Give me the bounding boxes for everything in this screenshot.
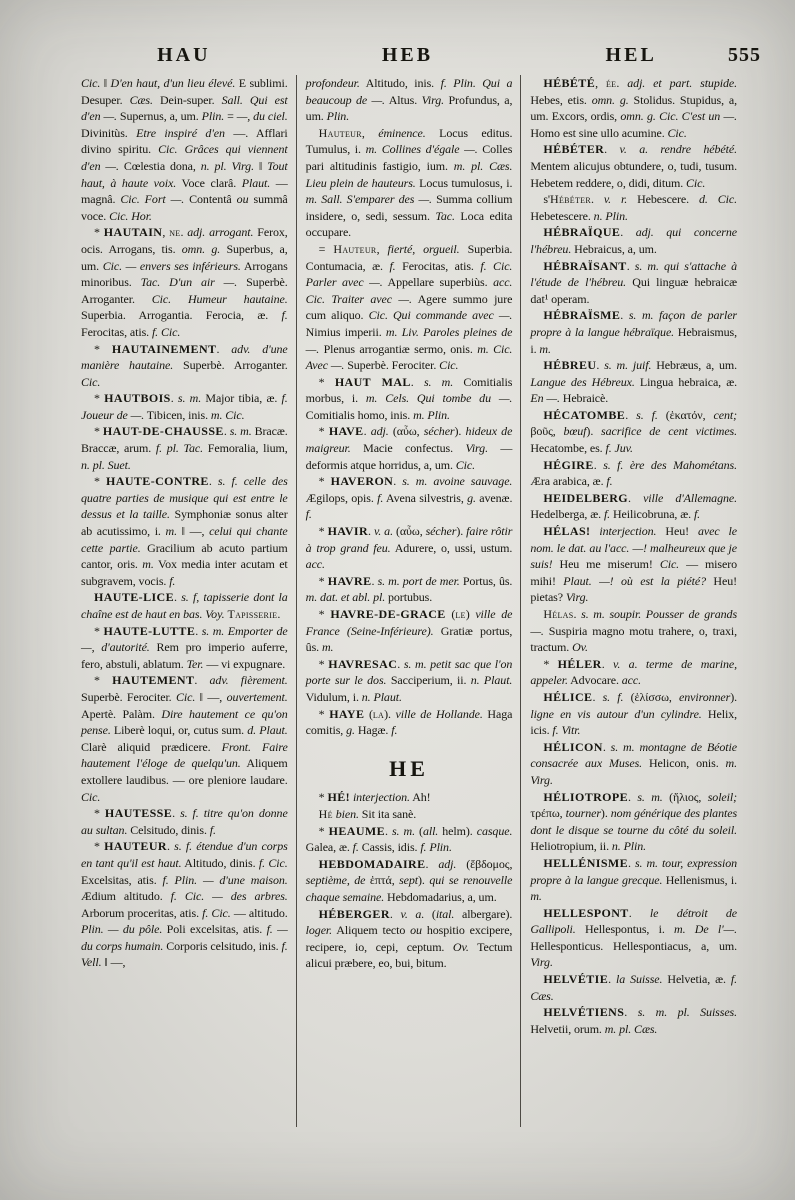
entry-text: . xyxy=(364,424,371,438)
entry-text: n. Plaut. xyxy=(471,673,513,687)
entry-text: * xyxy=(94,474,106,488)
entry-text: Altitudo, inis. xyxy=(360,76,441,90)
entry-text: Virg. xyxy=(530,955,553,969)
entry-text: Plin. xyxy=(327,109,350,123)
entry-text: g. xyxy=(467,491,476,505)
dictionary-entry: HÉLIOTROPE. s. m. (ἥλιος, soleil; τρέπω,… xyxy=(530,789,737,855)
running-head-right: HEL 555 xyxy=(519,44,743,67)
dictionary-entry: HÉBÉTER. v. a. rendre hébété. Mentem ali… xyxy=(530,141,737,191)
dictionary-entry: * HAVE. adj. (αὖω, sécher). hideux de ma… xyxy=(306,423,513,473)
headword: HAVRE xyxy=(328,574,372,588)
headword: HÉBREU xyxy=(543,358,596,372)
section-heading: HE xyxy=(306,761,513,778)
entry-text: m. xyxy=(539,342,550,356)
headword: HAUTE-CONTRE xyxy=(106,474,209,488)
entry-text: Ædium altitudo. xyxy=(81,889,171,903)
headword: HEBDOMADAIRE xyxy=(319,857,426,871)
entry-text: ( xyxy=(424,907,436,921)
dictionary-entry: * HAVRESAC. s. m. petit sac que l'on por… xyxy=(306,656,513,706)
entry-text: f. Cic. xyxy=(202,906,231,920)
headword: HÉ! xyxy=(327,790,350,804)
entry-text: (ἑκατόν, xyxy=(658,408,714,422)
entry-text: . xyxy=(209,474,218,488)
headword: HAVE xyxy=(329,424,364,438)
entry-text: Hebraicus, a, um. xyxy=(571,242,657,256)
entry-text: ). xyxy=(730,690,737,704)
entry-text: cent; xyxy=(714,408,737,422)
entry-text: — vi expugnare. xyxy=(203,657,285,671)
entry-text: Heu! xyxy=(656,524,698,538)
entry-text: adj. et part. stupide. xyxy=(627,76,737,90)
entry-text: Hebescere. xyxy=(627,192,699,206)
entry-text: . xyxy=(594,458,603,472)
entry-text: . xyxy=(603,740,611,754)
entry-text: Lingua hebraica, æ. xyxy=(635,375,737,389)
entry-text: Superbè. Ferociter. xyxy=(81,690,176,704)
headword: HELVÉTIENS xyxy=(543,1005,624,1019)
entry-text: Cic. xyxy=(660,557,679,571)
entry-text: ). xyxy=(384,707,395,721)
headword: HEIDELBERG xyxy=(543,491,628,505)
entry-text: m. pl. Cæs. xyxy=(605,1022,658,1036)
dictionary-entry: * HAUTAINEMENT. adv. d'une manière hauta… xyxy=(81,341,288,391)
headword: HAUT MAL xyxy=(335,375,411,389)
entry-text: v. r. xyxy=(604,192,627,206)
entry-text: fierté, orgueil. xyxy=(388,242,460,256)
entry-text: Ah! xyxy=(410,790,431,804)
entry-text: Superbè. Ferociter. xyxy=(344,358,439,372)
entry-text: la xyxy=(373,707,384,721)
entry-text: Cic. xyxy=(176,690,195,704)
dictionary-entry: * HAYE (la). ville de Hollande. Haga com… xyxy=(306,706,513,739)
entry-text: ‖ —, xyxy=(195,690,226,704)
headword: HÉLER xyxy=(558,657,602,671)
entry-text: Hébéter xyxy=(550,192,591,206)
entry-text: Hellenismus, i. xyxy=(662,873,737,887)
entry-text: (ἑλίσσω, xyxy=(623,690,679,704)
entry-text: Hedelberga, æ. xyxy=(530,507,604,521)
entry-text: * xyxy=(94,424,103,438)
headword: HAUTAINEMENT xyxy=(112,342,217,356)
entry-text: Femoralia, lium, xyxy=(203,441,288,455)
dictionary-entry: HÉCATOMBE. s. f. (ἑκατόν, cent; βοῦς, bœ… xyxy=(530,407,737,457)
entry-text: v. a. xyxy=(374,524,393,538)
headword: HÉLICON xyxy=(543,740,602,754)
entry-text: omn. g. xyxy=(182,242,220,256)
entry-text: * xyxy=(319,574,328,588)
entry-text: Comitialis homo, inis. xyxy=(306,408,413,422)
entry-text: f. xyxy=(169,574,175,588)
dictionary-entry: HAUTE-LICE. s. f, tapisserie dont la cha… xyxy=(81,589,288,622)
headword: HAYE xyxy=(329,707,364,721)
entry-text: Hebræus, a, um. xyxy=(651,358,737,372)
entry-text: Hé xyxy=(319,807,333,821)
entry-text: sept xyxy=(399,873,418,887)
entry-text: Hagæ. xyxy=(355,723,391,737)
dictionary-entry: * HÉLER. v. a. terme de marine, appeler.… xyxy=(530,656,737,689)
entry-text: adj. xyxy=(438,857,456,871)
entry-text: . xyxy=(620,225,635,239)
entry-text: Plaut. xyxy=(242,176,270,190)
entry-text: ‖ —, xyxy=(177,524,209,538)
entry-text: Hecatombe, es. xyxy=(530,441,605,455)
entry-text: s' xyxy=(543,192,550,206)
text-columns: Cic. ‖ D'en haut, d'un lieu élevé. E sub… xyxy=(0,73,795,1127)
entry-text: Ov. xyxy=(572,640,588,654)
dictionary-entry: HÉBRAÏQUE. adj. qui concerne l'hébreu. H… xyxy=(530,224,737,257)
entry-text: Plin. xyxy=(202,109,225,123)
entry-text: s. m. xyxy=(178,391,201,405)
entry-text: Cic. — envers ses inférieurs. xyxy=(103,259,241,273)
dictionary-entry: HELVÉTIENS. s. m. pl. Suisses. Helvetii,… xyxy=(530,1004,737,1037)
entry-text: Heilicobruna, æ. xyxy=(610,507,694,521)
dictionary-entry: HEBDOMADAIRE. adj. (ἕβδομος, septième, d… xyxy=(306,856,513,906)
entry-text: τρέπω, xyxy=(530,806,565,820)
entry-text: Hellespontus, i. xyxy=(576,922,674,936)
headword: HÉBRAÏSANT xyxy=(543,259,626,273)
dictionary-entry: HÉLAS! interjection. Heu! avec le nom. l… xyxy=(530,523,737,606)
headword: HAVRE-DE-GRACE xyxy=(330,607,445,621)
dictionary-entry: Hé bien. Sit ita sanè. xyxy=(306,806,513,823)
entry-text: s. m. juif. xyxy=(604,358,651,372)
entry-text: Langue des Hébreux. xyxy=(530,375,634,389)
headword: HÉBRAÏQUE xyxy=(543,225,620,239)
entry-text: s. m. xyxy=(230,424,252,438)
entry-text: Tibicen, inis. xyxy=(144,408,211,422)
entry-text: = xyxy=(224,109,237,123)
entry-text: , xyxy=(362,126,378,140)
entry-text: Hebes, etis. xyxy=(530,93,591,107)
entry-text: sacrifice de cent victimes. xyxy=(601,424,737,438)
entry-text: ἑπτά, xyxy=(365,873,399,887)
entry-text: . xyxy=(592,690,602,704)
entry-text: . xyxy=(172,806,180,820)
entry-text: interjection. xyxy=(599,524,656,538)
entry-text: Arborum proceritas, atis. xyxy=(81,906,202,920)
text-column-1: Cic. ‖ D'en haut, d'un lieu élevé. E sub… xyxy=(72,75,296,1127)
entry-text: * xyxy=(543,657,557,671)
entry-text: ) xyxy=(466,607,476,621)
entry-text: Cic. Qui commande avec —. xyxy=(369,308,513,322)
entry-text: Macie confectus. xyxy=(351,441,466,455)
dictionary-entry: HÉLICON. s. m. montagne de Béotie consac… xyxy=(530,739,737,789)
headword: HELVÉTIE xyxy=(543,972,608,986)
entry-text: * xyxy=(319,657,329,671)
entry-text: Virg. xyxy=(465,441,488,455)
dictionary-entry: HÉBRAÏSME. s. m. façon de parler propre … xyxy=(530,307,737,357)
entry-text: omn. g. xyxy=(592,93,629,107)
dictionary-entry: * HAUTESSE. s. f. titre qu'on donne au s… xyxy=(81,805,288,838)
entry-text: Suspiria magno motu trahere, o, traxi, t… xyxy=(530,624,737,655)
entry-text: ‖ —, xyxy=(102,955,126,969)
entry-text: Cæs. xyxy=(130,93,153,107)
headword: HÉBÉTÉ xyxy=(543,76,595,90)
entry-text: s. m. xyxy=(424,375,453,389)
entry-text: s. m. port de mer. xyxy=(378,574,460,588)
entry-text: Cœlestia dona, xyxy=(119,159,201,173)
running-head-right-label: HEL xyxy=(606,44,657,67)
entry-text: Homo est sine ullo acumine. xyxy=(530,126,667,140)
entry-text: Sacciperium, ii. xyxy=(386,673,470,687)
entry-text: s. f. xyxy=(603,690,624,704)
entry-text: . xyxy=(602,657,613,671)
entry-text: Plaut. —! où est la piété? xyxy=(563,574,706,588)
entry-text: Ter. xyxy=(187,657,204,671)
entry-text: Dein-super. xyxy=(153,93,222,107)
entry-text: * xyxy=(319,824,329,838)
entry-text: Heu me miserum! xyxy=(553,557,660,571)
dictionary-entry: Cic. ‖ D'en haut, d'un lieu élevé. E sub… xyxy=(81,75,288,224)
entry-text: omn. g. Cic. C'est un —. xyxy=(620,109,737,123)
entry-text: sécher xyxy=(424,424,455,438)
entry-text: . xyxy=(629,906,650,920)
entry-text: ). xyxy=(601,806,611,820)
entry-text: n. Plin. xyxy=(594,209,628,223)
entry-text: Tac. xyxy=(435,209,455,223)
entry-text: Hélas xyxy=(543,607,573,621)
entry-text: * xyxy=(319,474,331,488)
entry-text: Vidulum, i. xyxy=(306,690,362,704)
entry-text: * xyxy=(94,225,104,239)
entry-text: ou xyxy=(410,923,422,937)
entry-text: ( xyxy=(446,607,456,621)
entry-text: Cic. Humeur hautaine. xyxy=(152,292,288,306)
entry-text: Poli excelsitas, atis. xyxy=(162,922,266,936)
entry-text: Sit ita sanè. xyxy=(359,807,416,821)
headword: HAVIR xyxy=(328,524,368,538)
entry-text: ). xyxy=(455,424,466,438)
entry-text: . xyxy=(574,607,582,621)
entry-text: Corporis celsitudo, inis. xyxy=(163,939,281,953)
entry-text: = xyxy=(319,242,334,256)
entry-text: (ἕβδομος, xyxy=(456,857,512,871)
entry-text: — altitudo. xyxy=(231,906,288,920)
entry-text: tourner xyxy=(566,806,601,820)
headword: HAUTE-LICE xyxy=(94,590,174,604)
dictionary-entry: * HAUTAIN, ne. adj. arrogant. Ferox, oci… xyxy=(81,224,288,340)
entry-text: Liberè loqui, or, cutus sum. xyxy=(111,723,248,737)
entry-text: n. Plaut. xyxy=(362,690,402,704)
running-head-center: HEB xyxy=(296,44,520,67)
entry-text: . xyxy=(390,907,401,921)
entry-text: f. xyxy=(606,474,612,488)
entry-text: interjection. xyxy=(353,790,410,804)
dictionary-entry: * HEAUME. s. m. (all. helm). casque. Gal… xyxy=(306,823,513,856)
headword: HÉBERGER xyxy=(319,907,390,921)
entry-text: . xyxy=(397,657,404,671)
entry-text: Hellesponticus. Hellespontiacus, a, um. xyxy=(530,939,737,953)
dictionary-entry: HÉGIRE. s. f. ère des Mahométans. Æra ar… xyxy=(530,457,737,490)
headword: HEAUME xyxy=(329,824,385,838)
scanned-dictionary-page: HAU HEB HEL 555 Cic. ‖ D'en haut, d'un l… xyxy=(0,0,795,1200)
entry-text: * xyxy=(319,375,335,389)
entry-text: éminence. xyxy=(378,126,425,140)
entry-text: . xyxy=(216,342,231,356)
entry-text: acc. xyxy=(622,673,641,687)
entry-text: . xyxy=(628,856,635,870)
entry-text: . xyxy=(628,790,637,804)
entry-text: Helvetii, orum. xyxy=(530,1022,604,1036)
entry-text: septième, de xyxy=(306,873,366,887)
entry-text: portubus. xyxy=(385,590,432,604)
dictionary-entry: HELVÉTIE. la Suisse. Helvetia, æ. f. Cæs… xyxy=(530,971,737,1004)
dictionary-entry: Hélas. s. m. soupir. Pousser de grands —… xyxy=(530,606,737,656)
entry-text: m. xyxy=(142,557,153,571)
entry-text: Plenus arrogantiæ sermo, onis. xyxy=(319,342,477,356)
entry-text: f. Plin. — d'une maison. xyxy=(163,873,288,887)
entry-text: Tapisserie xyxy=(227,607,277,621)
entry-text: Cic. xyxy=(439,358,458,372)
entry-text: ( xyxy=(415,824,423,838)
dictionary-entry: HÉBRAÏSANT. s. m. qui s'attache à l'étud… xyxy=(530,258,737,308)
entry-text: . xyxy=(604,142,619,156)
entry-text: m. Collines d'égale —. xyxy=(366,142,478,156)
entry-text: * xyxy=(94,391,104,405)
entry-text: Cic. Fort —. xyxy=(120,192,184,206)
entry-text: Appellare superbiùs. xyxy=(383,275,493,289)
entry-text: albergare). xyxy=(454,907,512,921)
entry-text: loger. xyxy=(306,923,332,937)
entry-text: . xyxy=(411,375,424,389)
entry-text: Adurere, o, ussi, ustum. xyxy=(391,541,513,555)
page-number: 555 xyxy=(728,44,761,67)
dictionary-entry: * HAVERON. s. m. avoine sauvage. Ægilops… xyxy=(306,473,513,523)
running-head-left: HAU xyxy=(72,44,296,67)
entry-text: ital. xyxy=(436,907,455,921)
entry-text: * xyxy=(319,524,328,538)
entry-text: . xyxy=(171,391,178,405)
dictionary-entry: * HAUTBOIS. s. m. Major tibia, æ. f. Jou… xyxy=(81,390,288,423)
entry-text: m. Cels. Qui tombe du —. xyxy=(366,391,512,405)
entry-text: . xyxy=(277,607,280,621)
entry-text: Contentâ xyxy=(184,192,237,206)
entry-text: d. Plaut. xyxy=(247,723,287,737)
entry-text: f. Cic. — des arbres. xyxy=(171,889,288,903)
entry-text: (αὖω, xyxy=(393,524,426,538)
entry-text: Supernus, a, um. xyxy=(117,109,202,123)
entry-text: f. xyxy=(210,823,216,837)
headword: HÉCATOMBE xyxy=(543,408,625,422)
entry-text: m. xyxy=(322,640,333,654)
entry-text: f. Plin. xyxy=(420,840,452,854)
entry-text: Cic. ‖ D'en haut, d'un lieu élevé. xyxy=(81,76,235,90)
dictionary-entry: HÉBREU. s. m. juif. Hebræus, a, um. Lang… xyxy=(530,357,737,407)
dictionary-entry: * HAVRE. s. m. port de mer. Portus, ûs. … xyxy=(306,573,513,606)
entry-text: s. m. avoine sauvage. xyxy=(402,474,512,488)
entry-text: * xyxy=(319,424,329,438)
headword: HAUTEUR xyxy=(104,839,167,853)
dictionary-entry: * HÉ! interjection. Ah! xyxy=(306,789,513,806)
entry-text: s. m. xyxy=(392,824,415,838)
entry-text: Excelsitas, atis. xyxy=(81,873,163,887)
entry-text: Plin. — du pôle. xyxy=(81,922,162,936)
entry-text: acc. xyxy=(306,557,325,571)
entry-text: d. Cic. xyxy=(699,192,737,206)
entry-text: profondeur. xyxy=(306,76,360,90)
entry-text: . xyxy=(425,857,438,871)
dictionary-entry: HÉBERGER. v. a. (ital. albergare). loger… xyxy=(306,906,513,972)
entry-text: Cassis, idis. xyxy=(359,840,421,854)
entry-text: m. De l'—. xyxy=(674,922,737,936)
entry-text: . xyxy=(616,76,627,90)
entry-text: ne xyxy=(169,225,180,239)
entry-text: Hauteur xyxy=(333,242,376,256)
dictionary-entry: Hauteur, éminence. Locus editus. Tumulus… xyxy=(306,125,513,241)
dictionary-entry: * HAVRE-DE-GRACE (le) ville de France (S… xyxy=(306,606,513,656)
entry-text: Celsitudo, dinis. xyxy=(127,823,209,837)
entry-text: ville d'Allemagne. xyxy=(643,491,737,505)
dictionary-entry: * HAUTEUR. s. f. étendue d'un corps en t… xyxy=(81,838,288,971)
entry-text: f. Cic. xyxy=(259,856,288,870)
entry-text: Cic. xyxy=(81,375,100,389)
headword: HÉLIOTROPE xyxy=(543,790,628,804)
entry-text: f. pl. Tac. xyxy=(156,441,203,455)
entry-text: Altitudo, dinis. xyxy=(182,856,259,870)
entry-text: Divinitùs. xyxy=(81,126,136,140)
entry-text: Mentem alicujus obtundere, o, tudi, tusu… xyxy=(530,159,737,190)
dictionary-entry: * HAUTE-LUTTE. s. m. Emporter de —, d'au… xyxy=(81,623,288,673)
entry-text: , xyxy=(595,76,606,90)
entry-text: ). xyxy=(586,424,601,438)
entry-text: , xyxy=(377,242,388,256)
headword: HÉLAS! xyxy=(543,524,590,538)
dictionary-entry: * HAUTE-CONTRE. s. f. celle des quatre p… xyxy=(81,473,288,589)
dictionary-entry: HELLESPONT. le détroit de Gallipoli. Hel… xyxy=(530,905,737,971)
entry-text: (ἥλιος, xyxy=(663,790,708,804)
dictionary-entry: HELLÉNISME. s. m. tour, expression propr… xyxy=(530,855,737,905)
entry-text: s. m. xyxy=(637,790,662,804)
entry-text: m. Plin. xyxy=(413,408,450,422)
dictionary-entry: HÉLICE. s. f. (ἑλίσσω, environner). lign… xyxy=(530,689,737,739)
headword: HÉBRAÏSME xyxy=(543,308,620,322)
entry-text: . xyxy=(624,1005,637,1019)
headword: HÉGIRE xyxy=(543,458,593,472)
entry-text: Voce clarâ. xyxy=(176,176,242,190)
entry-text: Superbè. Arroganter. xyxy=(173,358,288,372)
entry-text: Cic. xyxy=(686,176,705,190)
entry-text: Ferocitas, atis. xyxy=(396,259,481,273)
entry-text: le xyxy=(455,607,465,621)
entry-text: Cic. Hor. xyxy=(109,209,152,223)
entry-text: Etre inspiré d'en xyxy=(136,126,225,140)
headword: HÉLICE xyxy=(543,690,592,704)
entry-text: ouvertement. xyxy=(227,690,288,704)
dictionary-entry: s'Hébéter. v. r. Hebescere. d. Cic. Hebe… xyxy=(530,191,737,224)
entry-text: la Suisse. xyxy=(616,972,662,986)
entry-text: v. a. xyxy=(400,907,424,921)
entry-text: En —. xyxy=(530,391,560,405)
entry-text: Ægilops, opis. xyxy=(306,491,377,505)
entry-text: all. xyxy=(423,824,438,838)
entry-text: . xyxy=(620,308,629,322)
entry-text: Hebdomadarius, a, um. xyxy=(384,890,496,904)
entry-text: Æra arabica, æ. xyxy=(530,474,606,488)
entry-text: ée xyxy=(606,76,616,90)
entry-text: Ov. xyxy=(453,940,469,954)
entry-text: v. a. rendre hébété. xyxy=(620,142,737,156)
entry-text: Locus tumulosus, i. xyxy=(416,176,513,190)
text-column-2: profondeur. Altitudo, inis. f. Plin. Qui… xyxy=(296,75,521,1127)
entry-text: f. Vitr. xyxy=(552,723,580,737)
entry-text: casque. xyxy=(477,824,513,838)
text-column-3: HÉBÉTÉ, ée. adj. et part. stupide. Hebes… xyxy=(520,75,745,1127)
entry-text: Nimius imperii. xyxy=(306,325,386,339)
entry-text: βοῦς, xyxy=(530,424,563,438)
entry-text: m. dat. et abl. pl. xyxy=(306,590,385,604)
entry-text: n. pl. Suet. xyxy=(81,458,131,472)
entry-text: Hebetescere. xyxy=(530,209,593,223)
entry-text: Heliotropium, ii. xyxy=(530,839,612,853)
